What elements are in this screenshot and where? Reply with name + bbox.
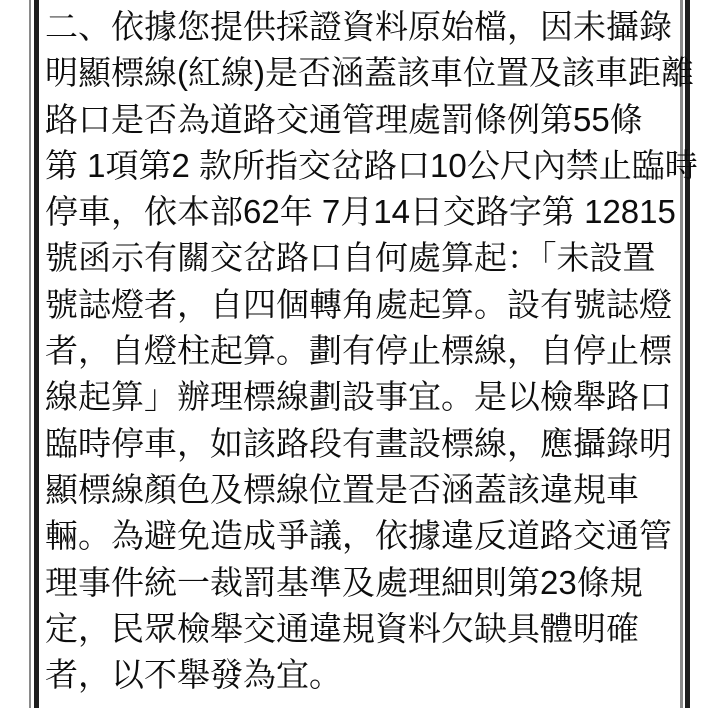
text-line: 明顯標線(紅線)是否涵蓋該車位置及該車距離 — [45, 50, 677, 96]
text-line: 輛。為避免造成爭議，依據違反道路交通管 — [45, 513, 677, 559]
right-outer-rule — [685, 0, 690, 708]
text-line: 號誌燈者，自四個轉角處起算。設有號誌燈 — [45, 282, 677, 328]
text-line: 第 1項第2 款所指交岔路口10公尺內禁止臨時 — [45, 143, 677, 189]
right-inner-rule — [680, 0, 683, 708]
text-line: 號函示有關交岔路口自何處算起：「未設置 — [45, 235, 677, 281]
document-page: 二、依據您提供採證資料原始檔，因未攝錄 明顯標線(紅線)是否涵蓋該車位置及該車距… — [0, 0, 720, 708]
text-line: 線起算」辦理標線劃設事宜。是以檢舉路口 — [45, 374, 677, 420]
left-inner-rule — [34, 0, 39, 708]
text-line: 顯標線顏色及標線位置是否涵蓋該違規車 — [45, 467, 677, 513]
text-line: 停車，依本部62年 7月14日交路字第 12815 — [45, 189, 677, 235]
left-outer-rule — [29, 0, 31, 708]
text-line: 臨時停車，如該路段有畫設標線，應攝錄明 — [45, 421, 677, 467]
text-line: 者，自燈柱起算。劃有停止標線，自停止標 — [45, 328, 677, 374]
text-line: 理事件統一裁罰基準及處理細則第23條規 — [45, 560, 677, 606]
reply-paragraph: 二、依據您提供採證資料原始檔，因未攝錄 明顯標線(紅線)是否涵蓋該車位置及該車距… — [45, 4, 677, 698]
text-line: 者，以不舉發為宜。 — [45, 652, 677, 698]
text-line: 路口是否為道路交通管理處罰條例第55條 — [45, 97, 677, 143]
text-line: 二、依據您提供採證資料原始檔，因未攝錄 — [45, 4, 677, 50]
text-line: 定，民眾檢舉交通違規資料欠缺具體明確 — [45, 606, 677, 652]
